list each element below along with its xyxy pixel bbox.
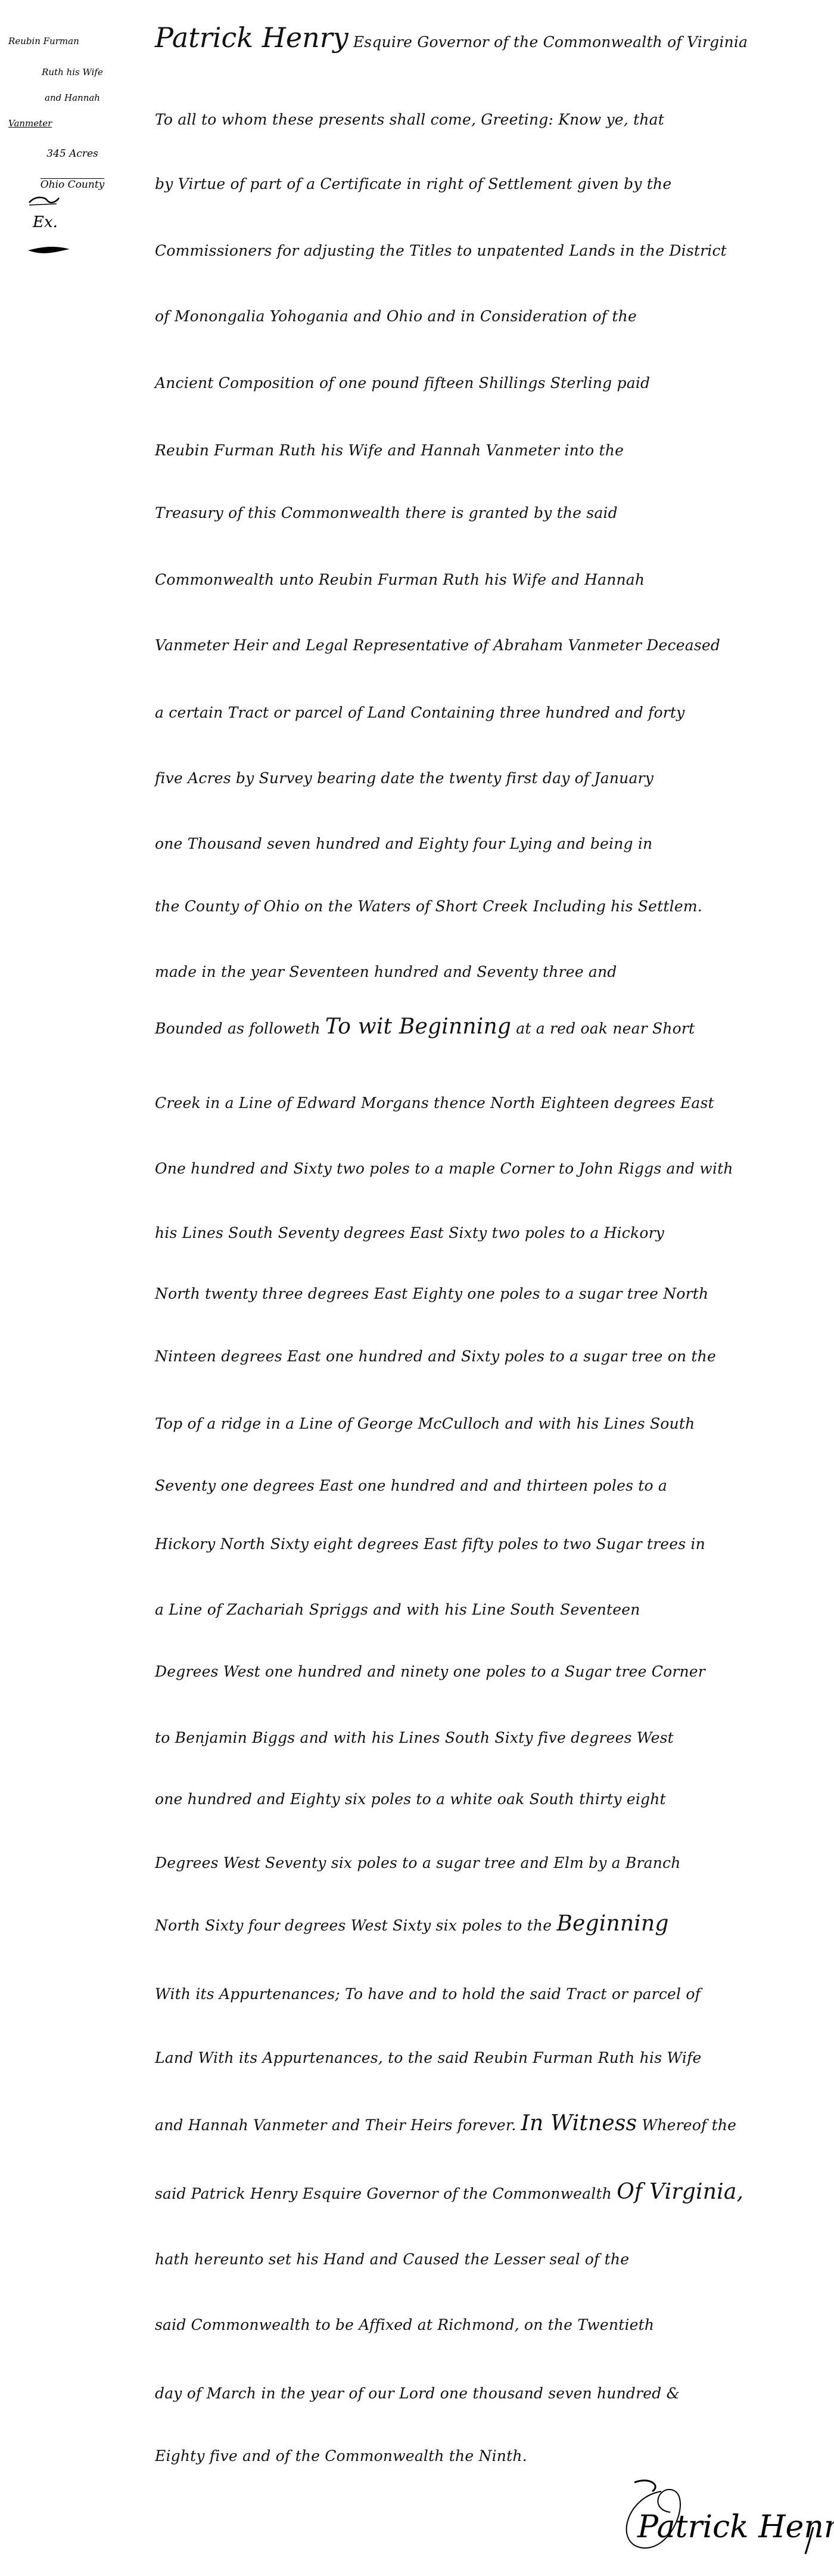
- line-text: Vanmeter Heir and Legal Representative o…: [155, 637, 720, 654]
- line-text: to Benjamin Biggs and with his Lines Sou…: [155, 1729, 674, 1746]
- grant-line: Ancient Composition of one pound fifteen…: [155, 371, 798, 392]
- line-text: Whereof the: [637, 2116, 736, 2134]
- line-text: a Line of Zachariah Spriggs and with his…: [155, 1601, 640, 1618]
- grant-line: Patrick Henry Esquire Governor of the Co…: [155, 24, 798, 51]
- grant-line: One hundred and Sixty two poles to a map…: [155, 1156, 798, 1178]
- line-text: Commonwealth unto Reubin Furman Ruth his…: [155, 571, 645, 588]
- grant-line: Land With its Appurtenances, to the said…: [155, 2046, 798, 2067]
- line-text: at a red oak near Short: [511, 1020, 695, 1037]
- grant-line: said Commonwealth to be Affixed at Richm…: [155, 2313, 798, 2334]
- line-text: five Acres by Survey bearing date the tw…: [155, 769, 653, 787]
- margin-grantee-3: and Hannah: [8, 92, 136, 103]
- grant-line: one Thousand seven hundred and Eighty fo…: [155, 831, 798, 853]
- line-text: Ninteen degrees East one hundred and Six…: [155, 1348, 716, 1365]
- margin-acreage: 345 Acres: [8, 148, 136, 160]
- grant-line: Degrees West one hundred and ninety one …: [155, 1659, 798, 1681]
- grant-line: the County of Ohio on the Waters of Shor…: [155, 894, 798, 915]
- grant-line: five Acres by Survey bearing date the tw…: [155, 766, 798, 787]
- line-text: and Hannah Vanmeter and Their Heirs fore…: [155, 2116, 521, 2134]
- grant-line: Ninteen degrees East one hundred and Six…: [155, 1344, 798, 1365]
- grant-line: Commonwealth unto Reubin Furman Ruth his…: [155, 567, 798, 589]
- line-text: Top of a ridge in a Line of George McCul…: [155, 1415, 695, 1432]
- line-text: Bounded as followeth: [155, 1020, 325, 1037]
- signature-patrick-henry: Patrick Henry.: [637, 2509, 834, 2545]
- grant-line: said Patrick Henry Esquire Governor of t…: [155, 2181, 798, 2203]
- line-text: said Commonwealth to be Affixed at Richm…: [155, 2316, 654, 2333]
- grant-line: Top of a ridge in a Line of George McCul…: [155, 1411, 798, 1433]
- grant-line: day of March in the year of our Lord one…: [155, 2381, 798, 2403]
- grant-line: hath hereunto set his Hand and Caused th…: [155, 2247, 798, 2268]
- margin-grantee-1: Reubin Furman: [8, 36, 136, 46]
- grant-line: and Hannah Vanmeter and Their Heirs fore…: [155, 2113, 798, 2134]
- line-emphasis: To wit Beginning: [325, 1014, 511, 1039]
- grant-line: one hundred and Eighty six poles to a wh…: [155, 1787, 798, 1808]
- line-emphasis: In Witness: [521, 2111, 637, 2136]
- grant-line: made in the year Seventeen hundred and S…: [155, 960, 798, 981]
- line-text: With its Appurtenances; To have and to h…: [155, 1985, 701, 2003]
- line-text: his Lines South Seventy degrees East Six…: [155, 1224, 664, 1242]
- line-text: Creek in a Line of Edward Morgans thence…: [155, 1094, 714, 1112]
- margin-grantee-4: Vanmeter: [8, 118, 136, 129]
- line-text: said Patrick Henry Esquire Governor of t…: [155, 2185, 617, 2202]
- line-text: one hundred and Eighty six poles to a wh…: [155, 1790, 666, 1808]
- line-text: Ancient Composition of one pound fifteen…: [155, 374, 650, 392]
- line-text: Hickory North Sixty eight degrees East f…: [155, 1535, 705, 1553]
- line-text: day of March in the year of our Lord one…: [155, 2385, 680, 2402]
- line-text: of Monongalia Yohogania and Ohio and in …: [155, 308, 637, 325]
- ink-blot-ornament-icon: [27, 246, 71, 256]
- line-text: Degrees West Seventy six poles to a suga…: [155, 1854, 681, 1872]
- grant-line: Hickory North Sixty eight degrees East f…: [155, 1532, 798, 1553]
- flourish-icon: [27, 194, 63, 207]
- margin-grantee-2: Ruth his Wife: [8, 67, 136, 77]
- grant-line: Treasury of this Commonwealth there is g…: [155, 501, 798, 522]
- line-text: a certain Tract or parcel of Land Contai…: [155, 704, 684, 721]
- grant-line: his Lines South Seventy degrees East Six…: [155, 1221, 798, 1242]
- line-text: To all to whom these presents shall come…: [155, 111, 664, 128]
- grant-line: a Line of Zachariah Spriggs and with his…: [155, 1597, 798, 1619]
- line-text: by Virtue of part of a Certificate in ri…: [155, 175, 671, 193]
- line-text: Degrees West one hundred and ninety one …: [155, 1663, 705, 1680]
- line-text: Treasury of this Commonwealth there is g…: [155, 504, 618, 522]
- grant-line: to Benjamin Biggs and with his Lines Sou…: [155, 1725, 798, 1747]
- line-text: Land With its Appurtenances, to the said…: [155, 2049, 702, 2066]
- margin-abbrev: Ex.: [33, 213, 69, 231]
- grant-line: To all to whom these presents shall come…: [155, 107, 798, 129]
- grant-line: North twenty three degrees East Eighty o…: [155, 1281, 798, 1303]
- grant-line: Seventy one degrees East one hundred and…: [155, 1473, 798, 1495]
- grant-line: Commissioners for adjusting the Titles t…: [155, 238, 798, 260]
- grant-line: Reubin Furman Ruth his Wife and Hannah V…: [155, 438, 798, 460]
- line-text: Esquire Governor of the Commonwealth of …: [348, 33, 748, 51]
- signature-block: Patrick Henry.: [602, 2473, 828, 2557]
- line-text: North twenty three degrees East Eighty o…: [155, 1285, 708, 1302]
- line-text: Eighty five and of the Commonwealth the …: [155, 2447, 527, 2465]
- grant-line: a certain Tract or parcel of Land Contai…: [155, 700, 798, 722]
- grant-line: With its Appurtenances; To have and to h…: [155, 1982, 798, 2003]
- grant-line: Vanmeter Heir and Legal Representative o…: [155, 633, 798, 654]
- line-text: made in the year Seventeen hundred and S…: [155, 963, 617, 980]
- grant-line: Eighty five and of the Commonwealth the …: [155, 2444, 798, 2465]
- grant-line: Degrees West Seventy six poles to a suga…: [155, 1851, 798, 1872]
- line-text: One hundred and Sixty two poles to a map…: [155, 1160, 733, 1177]
- grant-line: Creek in a Line of Edward Morgans thence…: [155, 1091, 798, 1112]
- line-text: Reubin Furman Ruth his Wife and Hannah V…: [155, 442, 624, 459]
- grant-line: by Virtue of part of a Certificate in ri…: [155, 172, 798, 193]
- margin-county: Ohio County: [8, 179, 136, 191]
- line-emphasis: Beginning: [556, 1911, 668, 1936]
- grant-line: Bounded as followeth To wit Beginning at…: [155, 1016, 798, 1038]
- line-emphasis: Patrick Henry: [155, 21, 348, 54]
- line-text: one Thousand seven hundred and Eighty fo…: [155, 835, 652, 852]
- line-text: hath hereunto set his Hand and Caused th…: [155, 2251, 629, 2268]
- line-text: North Sixty four degrees West Sixty six …: [155, 1917, 556, 1934]
- line-text: the County of Ohio on the Waters of Shor…: [155, 898, 702, 915]
- grant-line: of Monongalia Yohogania and Ohio and in …: [155, 304, 798, 325]
- document-page: Reubin Furman Ruth his Wife and Hannah V…: [0, 0, 834, 2576]
- line-emphasis: Of Virginia,: [617, 2180, 743, 2204]
- line-text: Seventy one degrees East one hundred and…: [155, 1477, 667, 1494]
- line-text: Commissioners for adjusting the Titles t…: [155, 242, 727, 259]
- grant-line: North Sixty four degrees West Sixty six …: [155, 1913, 798, 1935]
